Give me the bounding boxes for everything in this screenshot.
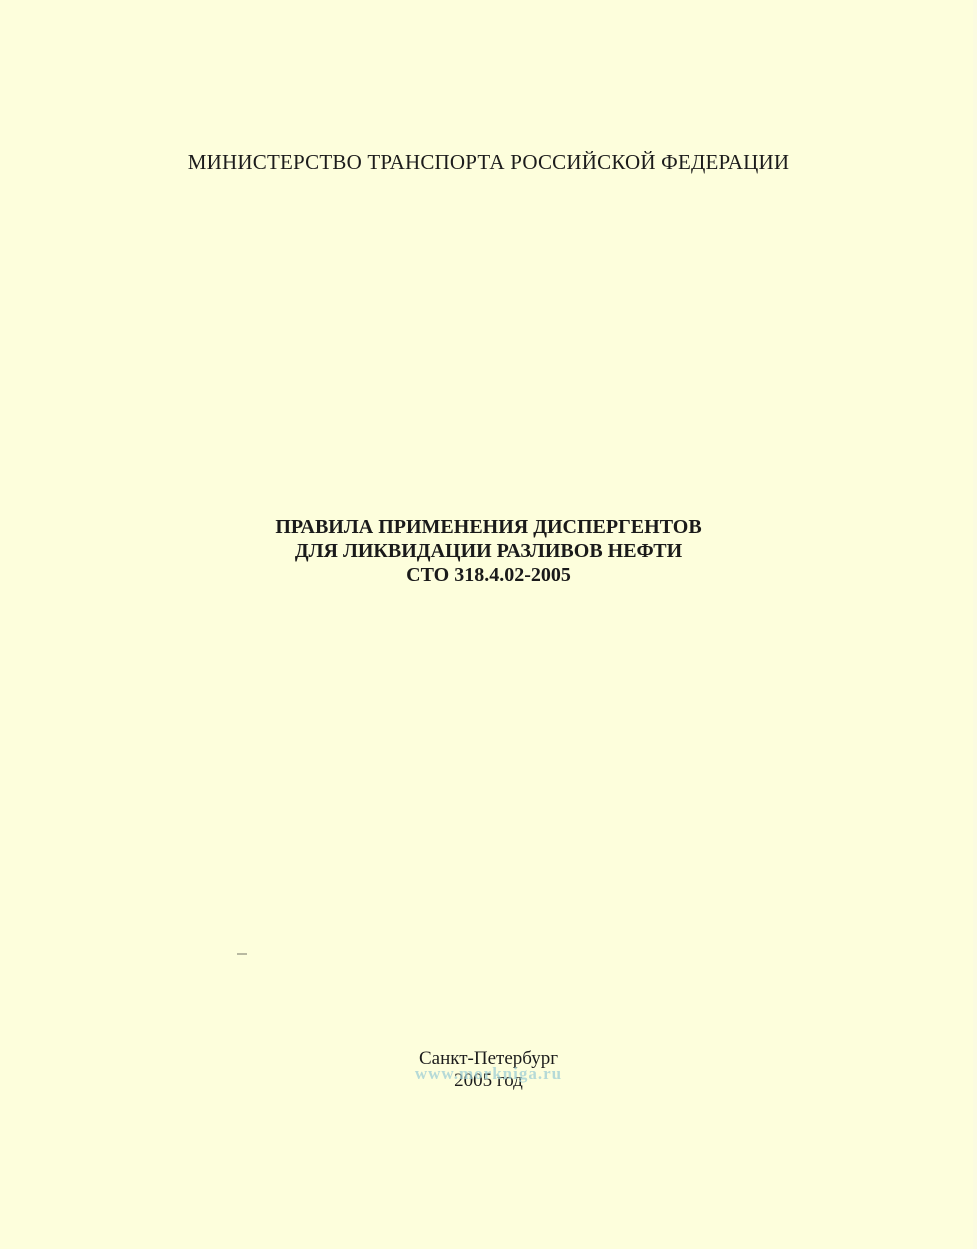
document-title: ПРАВИЛА ПРИМЕНЕНИЯ ДИСПЕРГЕНТОВ ДЛЯ ЛИКВ… xyxy=(0,515,977,587)
scan-artifact xyxy=(237,953,247,955)
organization-heading: МИНИСТЕРСТВО ТРАНСПОРТА РОССИЙСКОЙ ФЕДЕР… xyxy=(0,150,977,175)
title-line-2: ДЛЯ ЛИКВИДАЦИИ РАЗЛИВОВ НЕФТИ xyxy=(0,539,977,563)
document-cover-page: МИНИСТЕРСТВО ТРАНСПОРТА РОССИЙСКОЙ ФЕДЕР… xyxy=(0,0,977,1249)
standard-code: СТО 318.4.02-2005 xyxy=(0,563,977,587)
watermark: www.morkniga.ru xyxy=(0,1064,977,1084)
title-line-1: ПРАВИЛА ПРИМЕНЕНИЯ ДИСПЕРГЕНТОВ xyxy=(0,515,977,539)
